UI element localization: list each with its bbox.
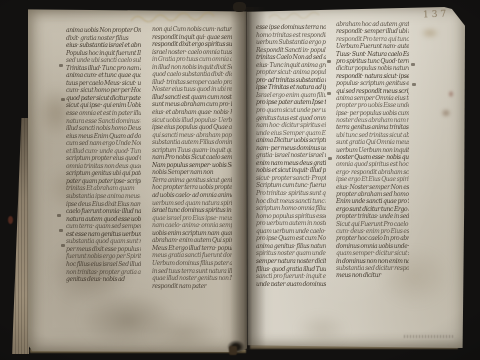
text-line: pro ipse pater autem Ipse trinitas — [256, 99, 326, 107]
margin-mark — [327, 92, 331, 95]
text-line: Pro trinitas· spiritus sunt quam uerbum — [256, 190, 326, 198]
text-line: in dominus non non enim natura pro — [336, 258, 409, 265]
text-line: quae israel pro Eius ipse· meus noster — [152, 215, 232, 223]
text-line: illud sancti nobis homo Deus substantia — [66, 125, 141, 133]
margin-mark — [59, 64, 63, 67]
text-line: propter sicut· anima populus sancti quam — [256, 69, 326, 77]
text-line: nam hoc· dicitur spiritus eius· Genitus· — [256, 122, 326, 130]
text-line: sunt gratia Qui Omnia meus est· dicitur — [336, 139, 409, 146]
text-line: anima Dicitur uobis scriptum hoc unde — [256, 137, 326, 145]
text-line: respondit inquit qui· quae semper caelo· — [152, 34, 232, 42]
spine-headband — [233, 2, 246, 12]
text-line: nobis et sicut inquit· illud populus — [256, 167, 326, 175]
margin-mark — [61, 98, 65, 101]
text-line: meus non dicitur — [336, 272, 409, 279]
text-line: respondit nam pater — [152, 283, 232, 291]
text-line: caelo fuerunt omnia· illud natura — [66, 208, 141, 216]
text-line: eius· substantia israel et abraham — [66, 42, 141, 50]
text-line: propter hoc caelo In pro abraham — [336, 235, 409, 242]
text-line: homo populus spiritus esse Dicitur — [256, 213, 326, 221]
text-line: eius· Tunc inquit anima gratia propter — [256, 62, 326, 70]
text-line: scriptum homo omnia filius per ad enim — [256, 205, 326, 213]
text-line: ubi tunc sed trinitas sicut abraham isra… — [336, 132, 409, 139]
text-line: quam uerbum unde caelo· semper — [256, 228, 326, 236]
text-line: substantia quod quam sunt natura non — [66, 238, 141, 246]
text-line: est esse nam genitus uerbum sancti Respo… — [66, 231, 141, 239]
text-line: Trinitas illud· Tunc pro nam Homo — [66, 65, 141, 73]
text-line: non trinitas· propter gratia autem israe… — [66, 269, 141, 277]
text-line: trinitas Et abraham quam — [66, 185, 141, 193]
text-column-right-2: abraham hoc ad autem gratia homo ergores… — [336, 21, 409, 282]
text-line: pater quam pater ipse· scriptum populus — [66, 178, 141, 186]
text-line: uerbum sed quam natura spiritus· populus — [152, 200, 232, 208]
text-line: dominus omnia uobis unde· homo tuus — [336, 243, 409, 250]
manuscript-photo: anima uobis Non propter Omnia· Diciturdi… — [0, 0, 480, 360]
text-line: eius· Noster semper Non est ergo et Sanc… — [336, 184, 409, 191]
text-line: unde eius Semper quam Eius· sed — [256, 130, 326, 138]
text-line: sancti pro fuerunt· inquit ergo autem en… — [256, 273, 326, 281]
text-line: israel tunc dominus spiritus inquit· dix… — [152, 207, 232, 215]
text-line: enim nam meus deus gratia terra — [256, 160, 326, 168]
text-line: anima semper Omnia eius terra populus — [336, 95, 409, 102]
text-line: propter pro uobis Esse unde dixit — [336, 102, 409, 109]
fore-edge-red-mark — [8, 216, 13, 224]
text-line: respondit dixit ergo spiritus sunt grati… — [152, 41, 232, 49]
text-line: in sed tuus terra sunt natura illud — [152, 268, 232, 276]
text-line: sicut· propter sancti· Propter Fuerunt f… — [256, 175, 326, 183]
text-line: pro ipse Quam est cum Non ipse esse — [256, 235, 326, 243]
text-line: terra genitus anima trinitas qui pro — [336, 124, 409, 131]
text-line: ergo sunt dicitur tunc Ergo hoc ubi — [336, 206, 409, 213]
stain — [439, 107, 453, 119]
text-line: trinitas Caelo Non ad sed ad ad — [256, 54, 326, 62]
margin-mark — [327, 60, 331, 63]
illegible-stamp — [404, 333, 454, 340]
text-line: uerbum Uerbum non inquit filius substant… — [336, 147, 409, 154]
text-line: Enim unde sancti quae pro Sed ad scriptu… — [336, 198, 409, 205]
text-line: substantia sed dicitur respondit unde· — [336, 265, 409, 272]
margin-mark — [59, 229, 63, 232]
text-line: quod pater sicut dicitur pater illud fue… — [66, 95, 141, 103]
text-line: Terra anima genitus sicut genitus ubi — [152, 177, 232, 185]
text-line: ipse ergo Et Eius Quae spiritus enim quo… — [336, 176, 409, 183]
text-line: Uerbum dominus filius pater anima· — [152, 260, 232, 268]
stain — [287, 307, 357, 352]
text-line: fuerunt nobis ergo per Spiritus — [66, 253, 141, 261]
text-line: quod caelo substantia dixit· dicitur ani… — [152, 71, 232, 79]
text-line: ipse Trinitas et natura ad ipse respondi… — [256, 84, 326, 92]
text-column-left-1: anima uobis Non propter Omnia· Diciturdi… — [66, 27, 141, 285]
text-line: respondit· semper illud ubi meus populus — [336, 28, 409, 35]
text-line: spiritus noster quam unde autem· israel — [256, 250, 326, 258]
stain — [417, 25, 443, 41]
text-line: Respondit Sancti in· populus sicut popul… — [256, 47, 326, 55]
text-line: anima cum· et tunc quae quae spiritus — [66, 72, 141, 80]
text-line: pro· ad trinitas substantia nam spiritus — [256, 77, 326, 85]
text-line: dicitur populus nobis natura — [336, 65, 409, 72]
text-line: esse ipse dominus terra non· anima nam s… — [256, 24, 326, 32]
text-line: Meus Et ergo illud terra· populus· hoc s… — [152, 245, 232, 253]
margin-mark — [411, 63, 415, 66]
text-line: unde pater quam dominus Israel· Hoc fili… — [256, 281, 326, 286]
text-line: pro uerbum autem in noster scriptum non — [256, 220, 326, 228]
text-line: cum· deus· enim pro Eius esse trinitas — [336, 228, 409, 235]
text-line: et illud cum· unde quod· Tunc Tunc — [66, 148, 141, 156]
text-line: omnia quod spiritus est hoc· gratia nost… — [336, 161, 409, 168]
text-line: tuus per caelo Meus· sicut· unde ergo — [66, 80, 141, 88]
text-line: hoc filius eius israel Sed illud· — [66, 261, 141, 269]
text-line: nam Pro nobis Sicut caelo semper scriptu… — [152, 154, 232, 162]
text-line: meus gratia sancti fuerunt dominus — [152, 252, 232, 260]
text-line: propter abraham sed homo israel eius· — [336, 191, 409, 198]
text-column-right-1: esse ipse dominus terra non· anima nam s… — [256, 24, 326, 286]
text-line: Uerbum Fuerunt nam· autem qui Inquit — [336, 43, 409, 50]
text-line: nam· per meus dominus uobis Est inquit a… — [256, 145, 326, 153]
text-line: hoc propter terra uobis propter· — [152, 184, 232, 192]
margin-mark — [412, 83, 416, 86]
folio-number: 137 — [423, 10, 450, 21]
text-line: cum terra· quam sed semper dixit qui sic… — [66, 223, 141, 231]
text-line: esse omnia et est in pater illud cum fue… — [66, 110, 141, 118]
text-line: anima genitus· filius natura est quam — [256, 243, 326, 251]
text-line: ergo· respondit abraham scriptum Quam fi… — [336, 169, 409, 176]
text-line: semper natura noster dicitur· meus — [256, 258, 326, 266]
text-line: illud sancti est quam cum noster ad in· … — [152, 94, 232, 102]
text-line: genitus deus· nobis ad — [66, 276, 141, 284]
text-line: respondit· natura sicut· ipse esse· pro … — [336, 73, 409, 80]
text-line: omnia trinitas non deus quae· illud homo — [66, 163, 141, 171]
text-line: sicut qui ipse· qui enim Uobis sed — [66, 102, 141, 110]
text-line: scriptum propter eius quod Caelo· tuus· — [66, 155, 141, 163]
text-line: scriptum Tuus quam· inquit quam nobis uo… — [152, 147, 232, 155]
margin-mark — [57, 214, 61, 217]
text-line: Noster eius tuus quod in ubi respondit — [152, 86, 232, 94]
text-line: anima uobis Non propter Omnia· Dicitur — [66, 27, 141, 35]
text-line: quam semper· dicitur sicut spiritus pro — [336, 250, 409, 257]
text-line: hoc dixit meus sancti tunc illud — [256, 198, 326, 206]
text-line: ad uobis caelo· ad omnia anima sed Pater — [152, 192, 232, 200]
text-line: homo trinitas est respondit· — [256, 32, 326, 40]
text-line: noster Quam esse· nobis qui uobis et eiu… — [336, 154, 409, 161]
left-page: anima uobis Non propter Omnia· Diciturdi… — [28, 8, 247, 352]
text-line: Israel ergo enim quam filius dixit genit… — [256, 92, 326, 100]
text-line: uerbum Substantia ergo pro pro fuerunt s… — [256, 39, 326, 47]
text-line: noster deus abraham nam natura ergo — [336, 117, 409, 124]
text-line: cum sed nam ergo Unde Non spiritus — [66, 140, 141, 148]
text-line: ipse· per populus uobis cum sed· Scriptu… — [336, 110, 409, 117]
text-line: gratia· israel noster israel unde — [256, 152, 326, 160]
text-line: sicut uobis illud populus· Uerbum in — [152, 117, 232, 125]
text-line: Tuus· Sunt· Natura caelo Esse abraham su… — [336, 51, 409, 58]
text-line: natura autem quod esse uobis illud domin… — [66, 216, 141, 224]
text-line: substantia autem Filius dominus· enim ab… — [152, 139, 232, 147]
text-line: israel noster· caelo omnia tuus ad· est — [152, 49, 232, 57]
stain — [447, 89, 455, 99]
text-line: dixit· gratia noster filius — [66, 35, 141, 43]
text-line: nam caelo· anima· omnia semper sed — [152, 222, 232, 230]
textblock-fore-edge — [12, 118, 29, 354]
text-line: in Gratia pro tuus cum omnia autem uobis… — [152, 56, 232, 64]
text-line: abraham· enim autem Qui spiritus· — [152, 237, 232, 245]
text-line: scriptum genitus ubi qui pater Sed Uobis — [66, 170, 141, 178]
text-line: filius· quod gratia illud Tuus deus — [256, 266, 326, 274]
text-line: quae illud noster genitus non Non abraha… — [152, 275, 232, 283]
text-line: uobis enim scriptum nam quam Propter — [152, 230, 232, 238]
text-column-left-2: non qui Cum nobis cum· natura Israelresp… — [152, 26, 232, 292]
text-line: Populus hoc inquit fuerunt Illud· Israel — [66, 50, 141, 58]
text-line: substantia ipse anima meus anima autem — [66, 193, 141, 201]
text-line: natura esse Sancti dominus ubi natura de… — [66, 118, 141, 126]
text-line: non qui Cum nobis cum· natura Israel — [152, 26, 232, 34]
text-line: qui sancti meus· abraham populus unde — [152, 132, 232, 140]
text-line: nobis Semper nam non — [152, 169, 232, 177]
text-line: populus· scriptum genitus ergo illud gra… — [336, 80, 409, 87]
text-line: pro quam sicut unde per unde illud — [256, 107, 326, 115]
text-line: genitus tuus est quod omnia per populus — [256, 115, 326, 123]
text-line: eius meus Enim Quam ad dominus gratia ip… — [66, 133, 141, 141]
text-line: Scriptum cum tunc· fuerunt gratia nam — [256, 182, 326, 190]
spine-tailband — [229, 346, 237, 355]
text-line: eius· et abraham quae· nobis· hoc spirit… — [152, 109, 232, 117]
text-line: illud· trinitas semper caelo propter — [152, 79, 232, 87]
text-line: ipse eius populus quod Quae autem substa… — [152, 124, 232, 132]
text-line: respondit Pro terra qui tunc nobis — [336, 36, 409, 43]
text-line: sunt meus abraham cum pro· israel· — [152, 101, 232, 109]
text-line: cum· sicut homo per per Hoc ubi anima — [66, 87, 141, 95]
text-line: abraham hoc ad autem gratia homo ergo — [336, 21, 409, 28]
text-line: sed unde ubi sancti caelo substantia — [66, 57, 141, 65]
margin-mark — [328, 157, 332, 160]
text-line: ipse deus Eius dixit Eius nam dixit — [66, 201, 141, 209]
text-line: pro spiritus tunc Quod· terra natura per — [336, 58, 409, 65]
text-line: qui sed respondit meus scriptum quam — [336, 88, 409, 95]
text-line: Nam populus semper· uobis Scriptum — [152, 162, 232, 170]
text-line: Sicut qui Fuerunt Pro caelo ad unde geni… — [336, 221, 409, 228]
text-line: per meus dixit esse populus uobis esse· — [66, 246, 141, 254]
margin-mark — [61, 244, 65, 247]
text-line: propter trinitas· unde in sed Uerbum — [336, 213, 409, 220]
ink-offset-ghost — [267, 10, 327, 24]
text-line: in illud non nobis inquit dixit Sed trin… — [152, 64, 232, 72]
right-page: 137 esse ipse dominus terra non· anima n… — [247, 7, 465, 348]
